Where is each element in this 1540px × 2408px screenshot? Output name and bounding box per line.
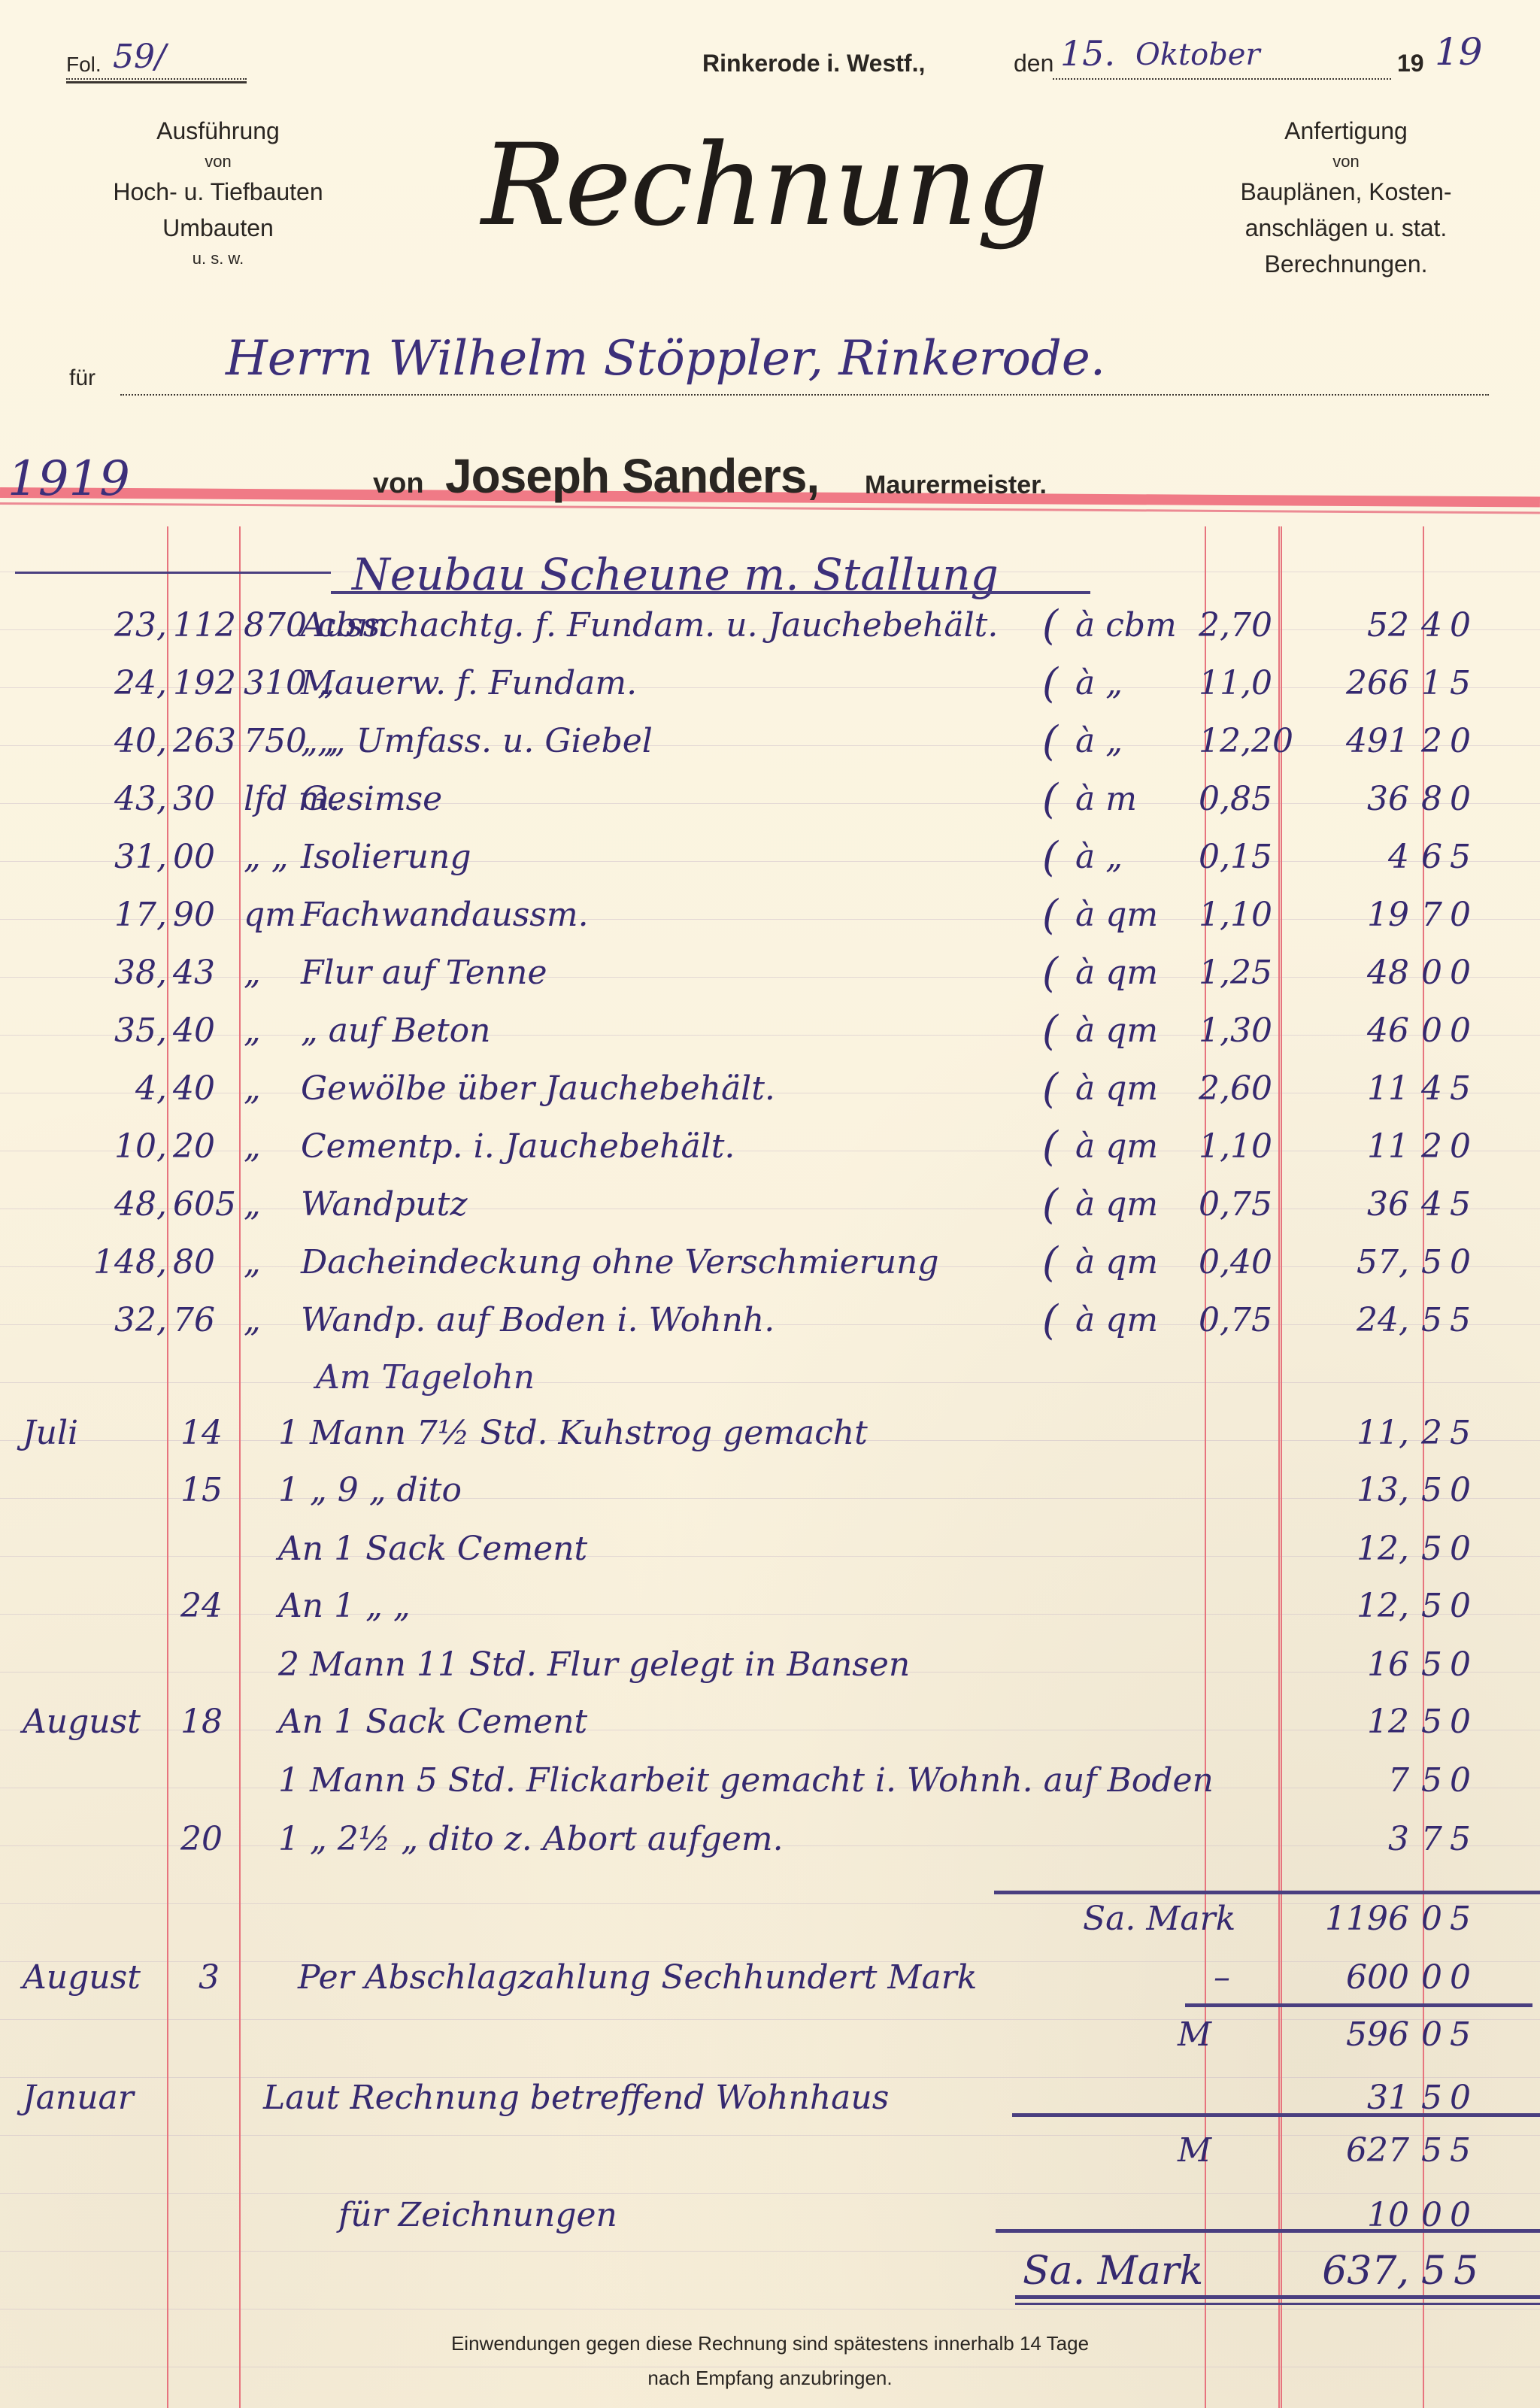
folio-label: Fol. — [66, 53, 102, 77]
balance1-rule — [1185, 2003, 1532, 2007]
rate-unit: à „ — [1075, 664, 1123, 702]
extra-amount: 31 — [1367, 2079, 1409, 2117]
brace-mark: ( — [1042, 775, 1058, 823]
quantity-integer: 4, — [135, 1069, 167, 1108]
ledger-ruled-line — [0, 2193, 1540, 2194]
table-row: 24An 1 „ „12,50 — [0, 1587, 1540, 1632]
rate-unit: à qm — [1075, 1301, 1158, 1339]
amount-pfennig: 25 — [1421, 1414, 1478, 1452]
unit: „ — [244, 1011, 261, 1050]
day-wage-heading: Am Tagelohn — [316, 1358, 535, 1397]
subtotal-label: Sa. Mark — [1083, 1900, 1235, 1938]
description: Flur auf Tenne — [301, 954, 547, 992]
folio-value: 59/ — [113, 38, 166, 76]
table-row: 201 „ 2½ „ dito z. Abort aufgem.375 — [0, 1820, 1540, 1865]
services-left-line: Hoch- u. Tiefbauten — [68, 174, 368, 210]
grand-total-amount: 637, — [1322, 2249, 1409, 2294]
footer-line: nach Empfang anzubringen. — [0, 2361, 1540, 2396]
amount-pfennig: 50 — [1421, 1530, 1478, 1568]
quantity-integer: 24, — [114, 664, 167, 702]
brace-mark: ( — [1042, 1239, 1058, 1286]
date-year-printed: 19 — [1397, 50, 1424, 77]
table-row: 31,00„ „Isolierung(à „0,15465 — [0, 838, 1540, 883]
month: August — [23, 1703, 141, 1741]
amount-pfennig: 50 — [1421, 1703, 1478, 1741]
table-row: 35,40„„ auf Beton(à qm1,304600 — [0, 1011, 1540, 1057]
quantity-fraction: 192 — [173, 664, 236, 702]
description: 1 „ 2½ „ dito z. Abort aufgem. — [278, 1820, 784, 1858]
table-row: 151 „ 9 „ dito13,50 — [0, 1471, 1540, 1516]
quantity-integer: 40, — [114, 722, 167, 760]
amount-mark: 4 — [1388, 838, 1409, 876]
table-row: An 1 Sack Cement12,50 — [0, 1530, 1540, 1575]
day: 24 — [180, 1587, 223, 1625]
ledger-year: 1919 — [8, 451, 130, 507]
quantity-integer: 148, — [93, 1243, 167, 1281]
amount-pfennig: 70 — [1421, 896, 1478, 934]
description: Fachwandaussm. — [301, 896, 589, 934]
description: An 1 „ „ — [278, 1587, 411, 1625]
unit: „ — [244, 954, 261, 992]
drawings-desc: für Zeichnungen — [338, 2196, 617, 2234]
table-row: 17,90qmFachwandaussm.(à qm1,101970 — [0, 896, 1540, 941]
extra-row: Januar Laut Rechnung betreffend Wohnhaus… — [0, 2079, 1540, 2124]
description: Mauerw. f. Fundam. — [301, 664, 637, 702]
unit-price: 11,0 — [1199, 664, 1272, 702]
description: Gewölbe über Jauchebehält. — [301, 1069, 775, 1108]
recipient-value: Herrn Wilhelm Stöppler, Rinkerode. — [226, 331, 1105, 387]
amount-pfennig: 50 — [1421, 1471, 1478, 1509]
brace-mark: ( — [1042, 949, 1058, 996]
unit: qm — [244, 896, 296, 934]
grand-total-label: Sa. Mark — [1023, 2249, 1203, 2294]
table-row: 32,76„Wandp. auf Boden i. Wohnh.(à qm0,7… — [0, 1301, 1540, 1346]
description: Wandputz — [301, 1185, 468, 1224]
quantity-fraction: 20 — [173, 1127, 215, 1166]
recipient-label: für — [69, 365, 95, 391]
brace-mark: ( — [1042, 1181, 1058, 1228]
amount-pfennig: 50 — [1421, 1587, 1478, 1625]
subtotal-row: Sa. Mark 1196 05 — [0, 1900, 1540, 1945]
extra-cents: 50 — [1421, 2079, 1478, 2117]
table-row: August18An 1 Sack Cement1250 — [0, 1703, 1540, 1748]
amount-mark: 24, — [1357, 1301, 1409, 1339]
subtotal-cents: 05 — [1421, 1900, 1478, 1938]
day: 20 — [180, 1820, 223, 1858]
folio-dotted-line — [66, 78, 247, 80]
amount-mark: 7 — [1388, 1761, 1409, 1800]
quantity-integer: 38, — [114, 954, 167, 992]
unit: „ — [244, 1243, 261, 1281]
balance1-cents: 05 — [1421, 2015, 1478, 2054]
day: 14 — [180, 1414, 223, 1452]
ledger-ruled-line — [0, 2309, 1540, 2309]
unit: „ — [244, 1185, 261, 1224]
table-row: 4,40„Gewölbe über Jauchebehält.(à qm2,60… — [0, 1069, 1540, 1115]
unit-price: 1,10 — [1199, 1127, 1272, 1166]
amount-mark: 11 — [1367, 1127, 1409, 1166]
amount-mark: 48 — [1367, 954, 1409, 992]
extra-desc: Laut Rechnung betreffend Wohnhaus — [263, 2079, 889, 2117]
section-left-rule — [15, 572, 331, 574]
payment-desc: Per Abschlagzahlung Sechhundert Mark — [298, 1958, 977, 1997]
table-row: 23,112870 cbmAusschachtg. f. Fundam. u. … — [0, 606, 1540, 651]
day: 15 — [180, 1471, 223, 1509]
ledger-ruled-line — [0, 2077, 1540, 2078]
amount-mark: 12 — [1367, 1703, 1409, 1741]
date-year-handwritten: 19 — [1435, 30, 1483, 74]
amount-pfennig: 45 — [1421, 1185, 1478, 1224]
unit-price: 1,25 — [1199, 954, 1272, 992]
section-title-underline — [331, 591, 1090, 594]
unit-price: 1,30 — [1199, 1011, 1272, 1050]
subtotal-amount: 1196 — [1325, 1900, 1409, 1938]
brace-mark: ( — [1042, 660, 1058, 707]
unit: „ — [244, 1069, 261, 1108]
unit: „ — [244, 1127, 261, 1166]
balance1-amount: 596 — [1346, 2015, 1409, 2054]
amount-pfennig: 15 — [1421, 664, 1478, 702]
grand-total-cents: 55 — [1421, 2249, 1486, 2294]
payment-day: 3 — [199, 1958, 220, 1997]
grand-total-double-rule — [1015, 2303, 1540, 2305]
amount-mark: 57, — [1357, 1243, 1409, 1281]
issuer-prefix: von — [373, 468, 424, 500]
services-right: Anfertigung von Bauplänen, Kosten- ansch… — [1181, 113, 1511, 282]
rate-unit: à „ — [1075, 838, 1123, 876]
grand-total-rule — [996, 2229, 1540, 2233]
services-right-line: von — [1181, 149, 1511, 174]
balance2-label: M — [1178, 2131, 1211, 2170]
table-row: 48,605„Wandputz(à qm0,753645 — [0, 1185, 1540, 1230]
amount-mark: 12, — [1357, 1587, 1409, 1625]
table-row: 148,80„Dacheindeckung ohne Verschmierung… — [0, 1243, 1540, 1288]
rate-unit: à qm — [1075, 896, 1158, 934]
balance2-cents: 55 — [1421, 2131, 1478, 2170]
payment-month: August — [23, 1958, 141, 1997]
issuer-name: Joseph Sanders, — [445, 448, 819, 504]
amount-mark: 13, — [1357, 1471, 1409, 1509]
payment-amount: 600 — [1346, 1958, 1409, 1997]
brace-mark: ( — [1042, 1296, 1058, 1344]
date-dotted-line — [1053, 78, 1391, 80]
description: „ auf Beton — [301, 1011, 491, 1050]
balance2-row: M 627 55 — [0, 2131, 1540, 2176]
description: Isolierung — [301, 838, 471, 876]
description: An 1 Sack Cement — [278, 1703, 587, 1741]
description: Dacheindeckung ohne Verschmierung — [301, 1243, 939, 1281]
payment-sign: – — [1214, 1958, 1230, 1997]
amount-pfennig: 00 — [1421, 954, 1478, 992]
date-prefix: den — [1014, 50, 1053, 77]
services-right-line: Bauplänen, Kosten- — [1181, 174, 1511, 210]
services-left-line: u. s. w. — [68, 246, 368, 271]
amount-mark: 3 — [1388, 1820, 1409, 1858]
amount-mark: 36 — [1367, 780, 1409, 818]
services-right-line: Anfertigung — [1181, 113, 1511, 149]
unit-price: 0,75 — [1199, 1301, 1272, 1339]
table-row: 40,263750 „„ „ Umfass. u. Giebel(à „12,2… — [0, 722, 1540, 767]
description: 2 Mann 11 Std. Flur gelegt in Bansen — [278, 1645, 910, 1684]
quantity-fraction: 80 — [173, 1243, 215, 1281]
unit-price: 0,15 — [1199, 838, 1272, 876]
rate-unit: à qm — [1075, 1243, 1158, 1281]
unit-price: 0,85 — [1199, 780, 1272, 818]
quantity-fraction: 90 — [173, 896, 215, 934]
brace-mark: ( — [1042, 717, 1058, 765]
grand-total-row: Sa. Mark 637, 55 — [0, 2249, 1540, 2294]
day: 18 — [180, 1703, 223, 1741]
quantity-fraction: 30 — [173, 780, 215, 818]
payment-cents: 00 — [1421, 1958, 1478, 1997]
table-row: 43,30lfd m.Gesimse(à m0,853680 — [0, 780, 1540, 825]
description: Cementp. i. Jauchebehält. — [301, 1127, 735, 1166]
ledger-ruled-line — [0, 1382, 1540, 1383]
rate-unit: à qm — [1075, 1185, 1158, 1224]
quantity-fraction: 263 — [173, 722, 236, 760]
quantity-fraction: 605 — [173, 1185, 236, 1224]
folio-underline — [66, 81, 247, 83]
footer-line: Einwendungen gegen diese Rechnung sind s… — [0, 2327, 1540, 2361]
services-left-line: Umbauten — [68, 210, 368, 246]
amount-pfennig: 50 — [1421, 1243, 1478, 1281]
description: An 1 Sack Cement — [278, 1530, 587, 1568]
rate-unit: à m — [1075, 780, 1137, 818]
grand-total-double-rule — [1015, 2295, 1540, 2299]
unit: „ — [244, 1301, 261, 1339]
amount-mark: 16 — [1367, 1645, 1409, 1684]
amount-mark: 36 — [1367, 1185, 1409, 1224]
quantity-fraction: 40 — [173, 1011, 215, 1050]
recipient-dotted-line — [120, 394, 1489, 396]
amount-mark: 491 — [1346, 722, 1409, 760]
table-row: 38,43„Flur auf Tenne(à qm1,254800 — [0, 954, 1540, 999]
date-day: 15. — [1060, 33, 1115, 74]
amount-pfennig: 00 — [1421, 1011, 1478, 1050]
rate-unit: à „ — [1075, 722, 1123, 760]
table-row: Juli141 Mann 7½ Std. Kuhstrog gemacht11,… — [0, 1414, 1540, 1459]
footer-notice: Einwendungen gegen diese Rechnung sind s… — [0, 2327, 1540, 2395]
quantity-integer: 48, — [114, 1185, 167, 1224]
quantity-fraction: 43 — [173, 954, 215, 992]
amount-mark: 266 — [1346, 664, 1409, 702]
amount-pfennig: 80 — [1421, 780, 1478, 818]
amount-pfennig: 50 — [1421, 1645, 1478, 1684]
brace-mark: ( — [1042, 891, 1058, 939]
description: 1 Mann 5 Std. Flickarbeit gemacht i. Woh… — [278, 1761, 1214, 1800]
amount-pfennig: 40 — [1421, 606, 1478, 644]
balance1-label: M — [1178, 2015, 1211, 2054]
rate-unit: à qm — [1075, 1011, 1158, 1050]
quantity-integer: 10, — [114, 1127, 167, 1166]
extra-month: Januar — [23, 2079, 134, 2117]
issuer-trade: Maurermeister. — [865, 471, 1047, 500]
unit-price: 0,40 — [1199, 1243, 1272, 1281]
table-row: 1 Mann 5 Std. Flickarbeit gemacht i. Woh… — [0, 1761, 1540, 1806]
brace-mark: ( — [1042, 1065, 1058, 1112]
brace-mark: ( — [1042, 1123, 1058, 1170]
unit-price: 0,75 — [1199, 1185, 1272, 1224]
services-left: Ausführung von Hoch- u. Tiefbauten Umbau… — [68, 113, 368, 271]
unit-price: 12,20 — [1199, 722, 1293, 760]
description: Gesimse — [301, 780, 442, 818]
quantity-integer: 31, — [114, 838, 167, 876]
amount-mark: 46 — [1367, 1011, 1409, 1050]
drawings-row: für Zeichnungen 10 00 — [0, 2196, 1540, 2241]
rate-unit: à qm — [1075, 1069, 1158, 1108]
table-row: 10,20„Cementp. i. Jauchebehält.(à qm1,10… — [0, 1127, 1540, 1172]
unit-price: 2,70 — [1199, 606, 1272, 644]
unit-price: 1,10 — [1199, 896, 1272, 934]
rate-unit: à qm — [1075, 954, 1158, 992]
table-row: 24,192310 „Mauerw. f. Fundam.(à „11,0266… — [0, 664, 1540, 709]
brace-mark: ( — [1042, 1007, 1058, 1054]
balance2-rule — [1012, 2113, 1540, 2117]
amount-pfennig: 45 — [1421, 1069, 1478, 1108]
quantity-integer: 32, — [114, 1301, 167, 1339]
amount-mark: 19 — [1367, 896, 1409, 934]
services-left-line: Ausführung — [68, 113, 368, 149]
unit-price: 2,60 — [1199, 1069, 1272, 1108]
rate-unit: à qm — [1075, 1127, 1158, 1166]
amount-mark: 11 — [1367, 1069, 1409, 1108]
quantity-integer: 23, — [114, 606, 167, 644]
quantity-integer: 35, — [114, 1011, 167, 1050]
subtotal-rule — [994, 1891, 1540, 1894]
quantity-integer: 17, — [114, 896, 167, 934]
amount-pfennig: 20 — [1421, 1127, 1478, 1166]
unit: „ „ — [244, 838, 289, 876]
amount-mark: 52 — [1367, 606, 1409, 644]
description: Ausschachtg. f. Fundam. u. Jauchebehält. — [301, 606, 998, 644]
services-right-line: Berechnungen. — [1181, 246, 1511, 282]
document-title: Rechnung — [481, 120, 1047, 251]
services-left-line: von — [68, 149, 368, 174]
amount-pfennig: 65 — [1421, 838, 1478, 876]
amount-pfennig: 50 — [1421, 1761, 1478, 1800]
quantity-integer: 43, — [114, 780, 167, 818]
description: Wandp. auf Boden i. Wohnh. — [301, 1301, 775, 1339]
table-row: 2 Mann 11 Std. Flur gelegt in Bansen1650 — [0, 1645, 1540, 1691]
date-month: Oktober — [1135, 38, 1260, 72]
month: Juli — [23, 1414, 78, 1452]
amount-pfennig: 75 — [1421, 1820, 1478, 1858]
description: „ „ Umfass. u. Giebel — [301, 722, 653, 760]
quantity-fraction: 40 — [173, 1069, 215, 1108]
quantity-fraction: 00 — [173, 838, 215, 876]
quantity-fraction: 76 — [173, 1301, 215, 1339]
services-right-line: anschlägen u. stat. — [1181, 210, 1511, 246]
amount-pfennig: 55 — [1421, 1301, 1478, 1339]
description: 1 Mann 7½ Std. Kuhstrog gemacht — [278, 1414, 868, 1452]
amount-mark: 12, — [1357, 1530, 1409, 1568]
quantity-fraction: 112 — [173, 606, 236, 644]
amount-mark: 11, — [1357, 1414, 1409, 1452]
description: 1 „ 9 „ dito — [278, 1471, 462, 1509]
place-name: Rinkerode i. Westf., — [702, 50, 925, 77]
balance1-row: M 596 05 — [0, 2015, 1540, 2061]
amount-pfennig: 20 — [1421, 722, 1478, 760]
payment-row: August 3 Per Abschlagzahlung Sechhundert… — [0, 1958, 1540, 2003]
brace-mark: ( — [1042, 833, 1058, 881]
balance2-amount: 627 — [1346, 2131, 1409, 2170]
rate-unit: à cbm — [1075, 606, 1177, 644]
brace-mark: ( — [1042, 602, 1058, 649]
